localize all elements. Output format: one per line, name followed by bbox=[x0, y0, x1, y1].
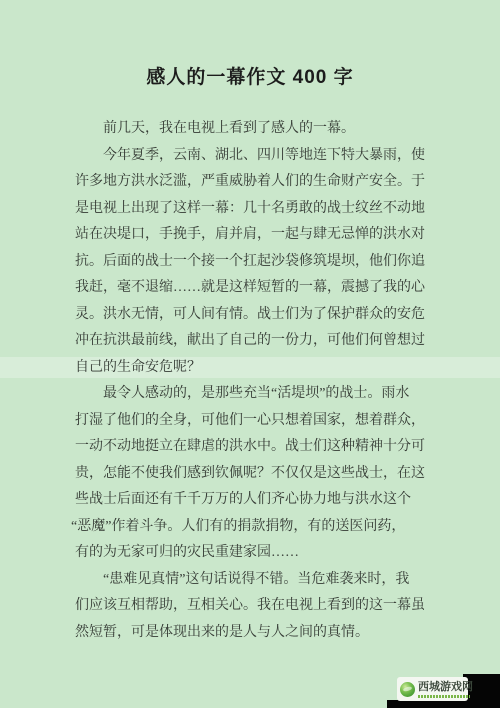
essay-line: 是电视上出现了这样一幕：几十名勇敢的战士纹丝不动地 bbox=[75, 196, 435, 223]
essay-line: 抗。后面的战士一个接一个扛起沙袋修筑堤坝，他们你追 bbox=[75, 249, 435, 276]
essay-line: 打湿了他们的全身，可他们一心只想着国家，想着群众， bbox=[75, 408, 435, 435]
essay-line: 自己的生命安危呢？ bbox=[75, 355, 435, 382]
essay-page: { "page": { "background_color": "#cae7cb… bbox=[0, 0, 500, 708]
essay-line: “患难见真情”这句话说得不错。当危难袭来时，我 bbox=[75, 567, 435, 594]
essay-line: 今年夏季，云南、湖北、四川等地连下特大暴雨，使 bbox=[75, 143, 435, 170]
black-corner-bottom bbox=[387, 700, 500, 708]
essay-line: 些战士后面还有千千万万的人们齐心协力地与洪水这个 bbox=[75, 487, 435, 514]
essay-line: 我赶，毫不退缩……就是这样短暂的一幕，震撼了我的心 bbox=[75, 275, 435, 302]
essay-line: 有的为无家可归的灾民重建家园…… bbox=[75, 540, 435, 567]
page-title: 感人的一幕作文 400 字 bbox=[0, 62, 500, 89]
essay-line: 站在决堤口，手挽手，肩并肩，一起与肆无忌惮的洪水对 bbox=[75, 222, 435, 249]
essay-line: 许多地方洪水泛滥，严重威胁着人们的生命财产安全。于 bbox=[75, 169, 435, 196]
essay-line: 灵。洪水无情，可人间有情。战士们为了保护群众的安危 bbox=[75, 302, 435, 329]
watermark-text-column: 西城游戏网 bbox=[418, 681, 473, 698]
essay-line: 一动不动地挺立在肆虐的洪水中。战士们这种精神十分可 bbox=[75, 434, 435, 461]
watermark: 西城游戏网 bbox=[397, 677, 468, 701]
watermark-subtext-line bbox=[418, 695, 470, 698]
essay-line: 最令人感动的，是那些充当“活堤坝”的战士。雨水 bbox=[75, 381, 435, 408]
site-logo-icon bbox=[400, 682, 415, 697]
watermark-site-name: 西城游戏网 bbox=[418, 681, 473, 694]
essay-line: 冲在抗洪最前线，献出了自己的一份力，可他们何曾想过 bbox=[75, 328, 435, 355]
essay-line: 然短暂，可是体现出来的是人与人之间的真情。 bbox=[75, 620, 435, 647]
essay-line: 前几天，我在电视上看到了感人的一幕。 bbox=[75, 116, 435, 143]
essay-line: 们应该互相帮助，互相关心。我在电视上看到的这一幕虽 bbox=[75, 593, 435, 620]
essay-line: “恶魔”作着斗争。人们有的捐款捐物，有的送医问药， bbox=[71, 514, 435, 541]
essay-line: 贵，怎能不使我们感到钦佩呢？不仅仅是这些战士，在这 bbox=[75, 461, 435, 488]
essay-body: 前几天，我在电视上看到了感人的一幕。 今年夏季，云南、湖北、四川等地连下特大暴雨… bbox=[75, 116, 435, 646]
